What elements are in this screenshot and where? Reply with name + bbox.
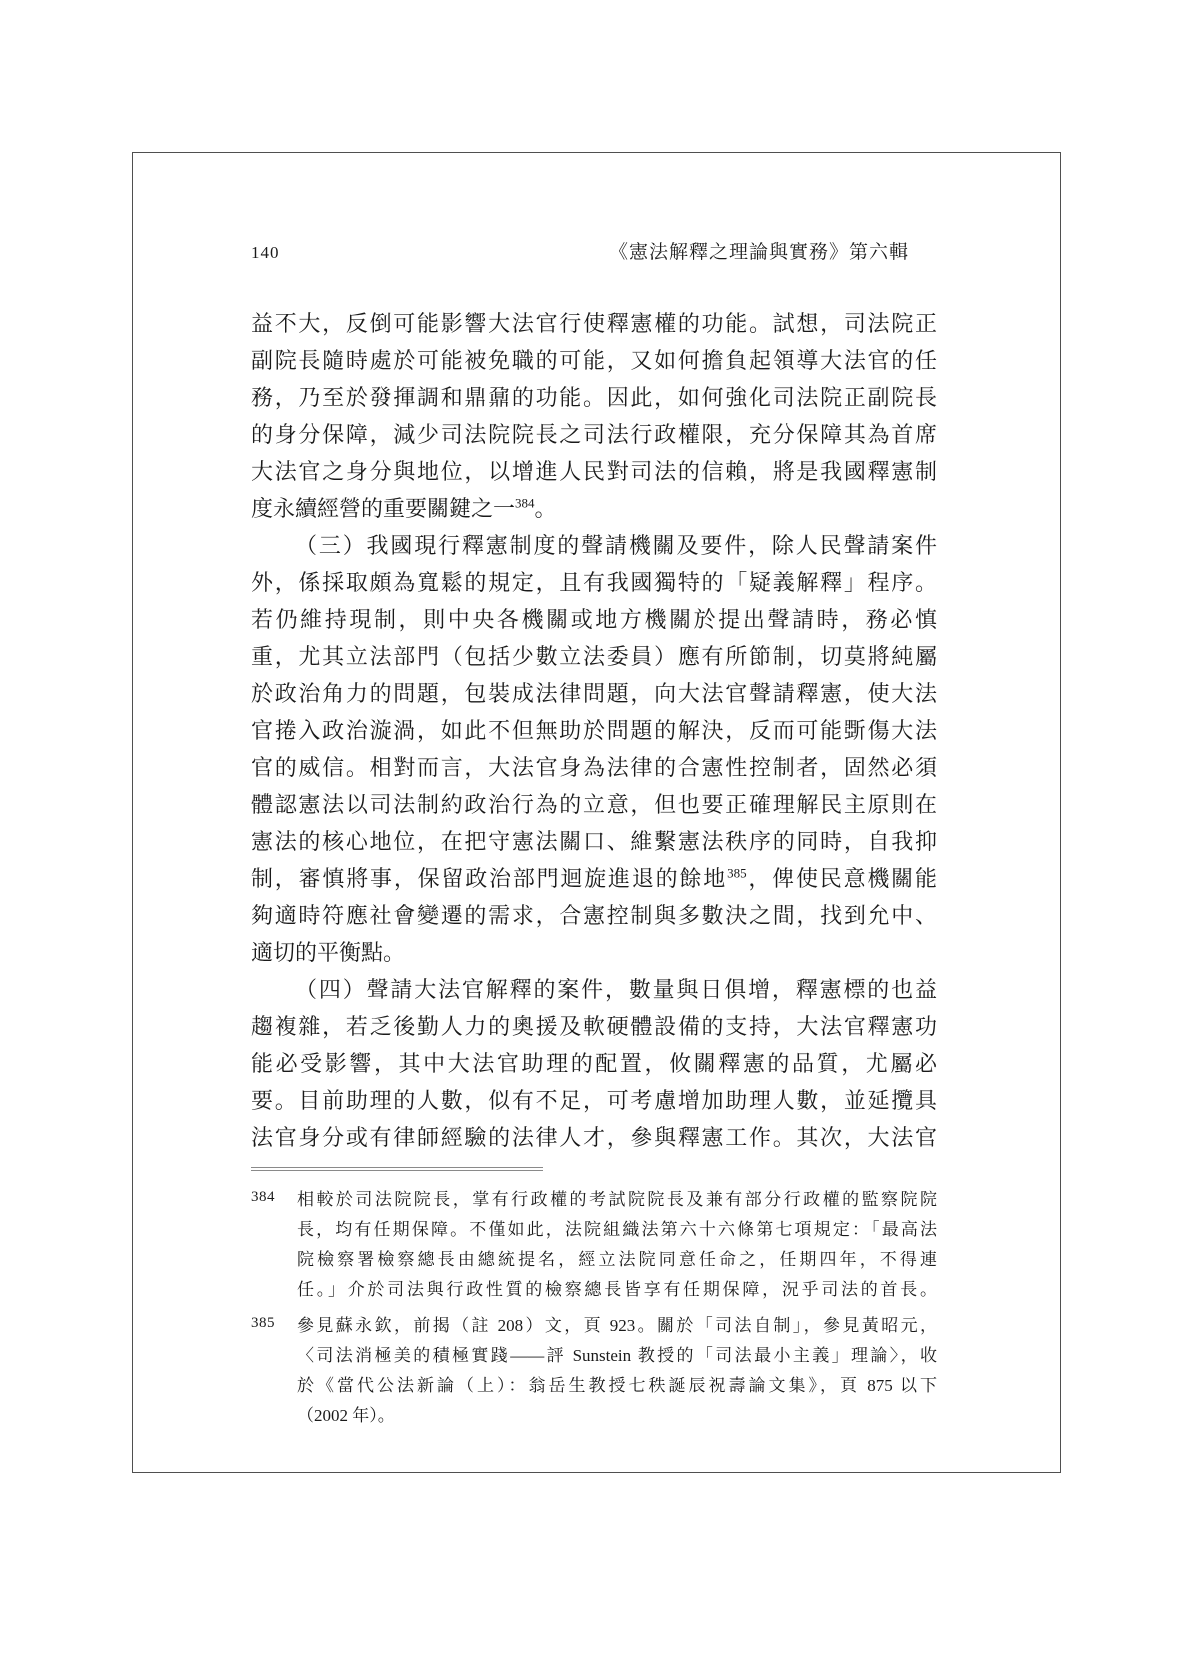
body-text-line: 的身分保障，減少司法院院長之司法行政權限，充分保障其為首席 xyxy=(251,416,937,453)
footnote: 384相較於司法院院長，掌有行政權的考試院院長及兼有部分行政權的監察院院長，均有… xyxy=(251,1185,937,1305)
footnotes: 384相較於司法院院長，掌有行政權的考試院院長及兼有部分行政權的監察院院長，均有… xyxy=(251,1185,937,1437)
footnote-number: 384 xyxy=(251,1185,297,1305)
footnote-text: 參見蘇永欽，前揭（註 208）文，頁 923。關於「司法自制」，參見黃昭元，〈司… xyxy=(297,1311,937,1431)
body-text: 益不大，反倒可能影響大法官行使釋憲權的功能。試想，司法院正副院長隨時處於可能被免… xyxy=(251,305,937,1156)
footnote-line: 相較於司法院院長，掌有行政權的考試院院長及兼有部分行政權的監察院院 xyxy=(297,1185,937,1215)
body-text-line: 官的威信。相對而言，大法官身為法律的合憲性控制者，固然必須 xyxy=(251,749,937,786)
footnote-text: 相較於司法院院長，掌有行政權的考試院院長及兼有部分行政權的監察院院長，均有任期保… xyxy=(297,1185,937,1305)
footnote-line: 參見蘇永欽，前揭（註 208）文，頁 923。關於「司法自制」，參見黃昭元， xyxy=(297,1311,937,1341)
body-text-line: 適切的平衡點。 xyxy=(251,934,937,971)
running-title: 《憲法解釋之理論與實務》第六輯 xyxy=(609,237,909,264)
footnote-line: （2002 年）。 xyxy=(297,1401,937,1431)
body-text-line: 趨複雜，若乏後勤人力的奧援及軟硬體設備的支持，大法官釋憲功 xyxy=(251,1008,937,1045)
body-text-line: 法官身分或有律師經驗的法律人才，參與釋憲工作。其次，大法官 xyxy=(251,1119,937,1156)
body-text-line: 外，係採取頗為寬鬆的規定，且有我國獨特的「疑義解釋」程序。 xyxy=(251,564,937,601)
body-text-line: 務，乃至於發揮調和鼎鼐的功能。因此，如何強化司法院正副院長 xyxy=(251,379,937,416)
page-border: 140 《憲法解釋之理論與實務》第六輯 益不大，反倒可能影響大法官行使釋憲權的功… xyxy=(132,152,1061,1473)
footnote-number: 385 xyxy=(251,1311,297,1431)
footnote-reference: 385 xyxy=(727,866,747,881)
footnote-line: 任。」介於司法與行政性質的檢察總長皆享有任期保障，況乎司法的首長。 xyxy=(297,1275,937,1305)
body-text-line: 體認憲法以司法制約政治行為的立意，但也要正確理解民主原則在 xyxy=(251,786,937,823)
footnote-reference: 384 xyxy=(515,496,535,511)
body-text-line: 官捲入政治漩渦，如此不但無助於問題的解決，反而可能斲傷大法 xyxy=(251,712,937,749)
body-text-line: （三）我國現行釋憲制度的聲請機關及要件，除人民聲請案件 xyxy=(251,527,937,564)
body-text-line: 夠適時符應社會變遷的需求，合憲控制與多數決之間，找到允中、 xyxy=(251,897,937,934)
footnote-line: 院檢察署檢察總長由總統提名，經立法院同意任命之，任期四年，不得連 xyxy=(297,1245,937,1275)
footnote: 385參見蘇永欽，前揭（註 208）文，頁 923。關於「司法自制」，參見黃昭元… xyxy=(251,1311,937,1431)
footnote-line: 〈司法消極美的積極實踐——評 Sunstein 教授的「司法最小主義」理論〉，收 xyxy=(297,1341,937,1371)
footnote-line: 長，均有任期保障。不僅如此，法院組織法第六十六條第七項規定：「最高法 xyxy=(297,1215,937,1245)
body-text-line: 重，尤其立法部門（包括少數立法委員）應有所節制，切莫將純屬 xyxy=(251,638,937,675)
footnote-separator xyxy=(251,1167,543,1171)
body-text-line: 能必受影響，其中大法官助理的配置，攸關釋憲的品質，尤屬必 xyxy=(251,1045,937,1082)
footnote-line: 於《當代公法新論（上）：翁岳生教授七秩誕辰祝壽論文集》，頁 875 以下 xyxy=(297,1371,937,1401)
body-text-line: 若仍維持現制，則中央各機關或地方機關於提出聲請時，務必慎 xyxy=(251,601,937,638)
body-text-line: 大法官之身分與地位，以增進人民對司法的信賴，將是我國釋憲制 xyxy=(251,453,937,490)
body-text-line: 副院長隨時處於可能被免職的可能，又如何擔負起領導大法官的任 xyxy=(251,342,937,379)
body-text-line: 度永續經營的重要關鍵之一384。 xyxy=(251,490,937,527)
page-number: 140 xyxy=(251,243,280,263)
body-text-line: 憲法的核心地位，在把守憲法關口、維繫憲法秩序的同時，自我抑 xyxy=(251,823,937,860)
page-header: 140 《憲法解釋之理論與實務》第六輯 xyxy=(251,237,937,264)
body-text-line: 益不大，反倒可能影響大法官行使釋憲權的功能。試想，司法院正 xyxy=(251,305,937,342)
body-text-line: 要。目前助理的人數，似有不足，可考慮增加助理人數，並延攬具 xyxy=(251,1082,937,1119)
body-text-line: （四）聲請大法官解釋的案件，數量與日俱增，釋憲標的也益 xyxy=(251,971,937,1008)
scan-canvas: { "colors": { "ink": "#1a1a1a", "border"… xyxy=(0,0,1177,1664)
body-text-line: 於政治角力的問題，包裝成法律問題，向大法官聲請釋憲，使大法 xyxy=(251,675,937,712)
body-text-line: 制，審慎將事，保留政治部門迴旋進退的餘地385，俾使民意機關能 xyxy=(251,860,937,897)
